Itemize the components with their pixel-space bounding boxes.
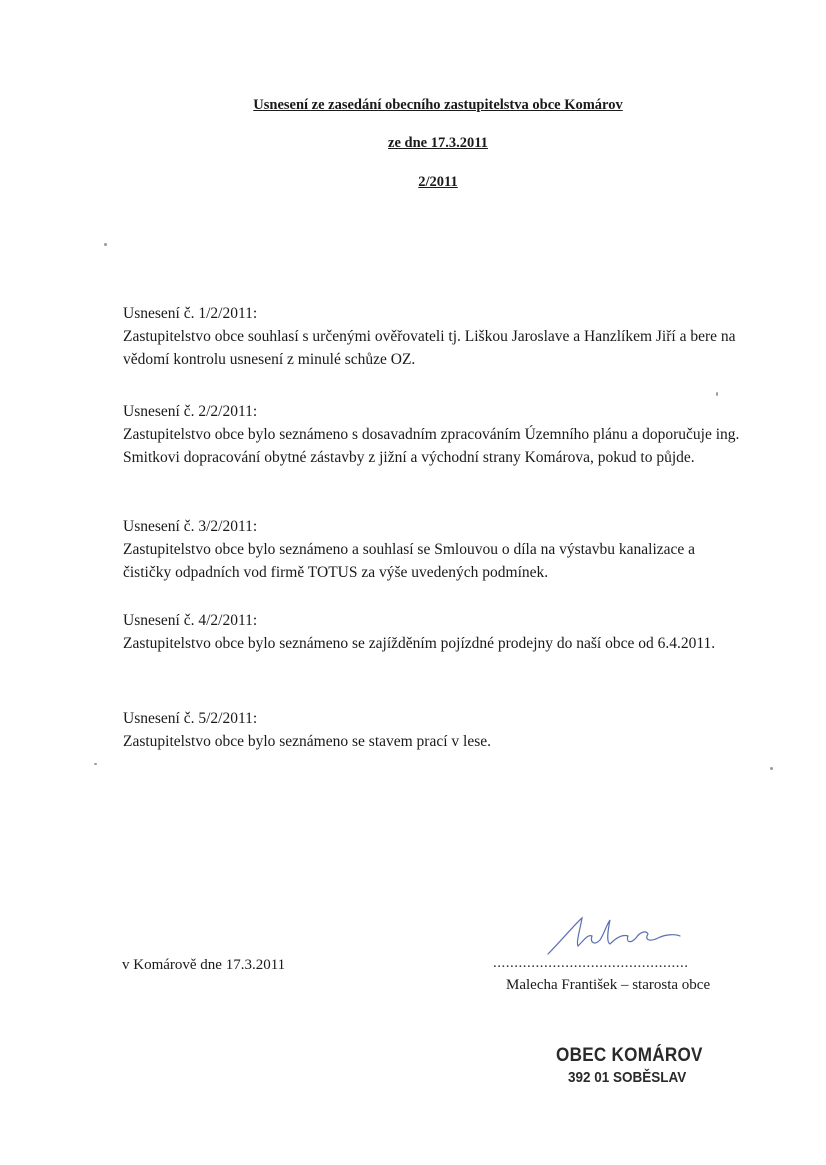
resolution-body: Zastupitelstvo obce souhlasí s určenými … [123, 325, 743, 371]
resolution-body: Zastupitelstvo obce bylo seznámeno se za… [123, 632, 743, 655]
resolution-heading: Usnesení č. 2/2/2011: [123, 400, 743, 423]
resolution-body: Zastupitelstvo obce bylo seznámeno s dos… [123, 423, 743, 469]
document-number: 2/2011 [25, 174, 826, 191]
place-and-date: v Komárově dne 17.3.2011 [122, 957, 285, 974]
scan-speck [104, 243, 107, 246]
stamp-name: OBEC KOMÁROV [556, 1045, 703, 1067]
resolution-body: Zastupitelstvo obce bylo seznámeno a sou… [123, 538, 743, 584]
resolution-heading: Usnesení č. 5/2/2011: [123, 707, 743, 730]
document-date: ze dne 17.3.2011 [25, 135, 826, 152]
resolution-item: Usnesení č. 3/2/2011: Zastupitelstvo obc… [123, 515, 743, 584]
resolution-heading: Usnesení č. 3/2/2011: [123, 515, 743, 538]
scan-speck [716, 392, 718, 396]
signature-line: ........................................… [493, 955, 689, 972]
scan-speck [770, 767, 773, 770]
resolution-body: Zastupitelstvo obce bylo seznámeno se st… [123, 730, 743, 753]
signatory-name: Malecha František – starosta obce [506, 977, 710, 994]
resolution-heading: Usnesení č. 4/2/2011: [123, 609, 743, 632]
resolution-item: Usnesení č. 5/2/2011: Zastupitelstvo obc… [123, 707, 743, 753]
handwritten-signature [540, 912, 690, 960]
stamp-address: 392 01 SOBĚSLAV [568, 1069, 686, 1086]
resolution-item: Usnesení č. 2/2/2011: Zastupitelstvo obc… [123, 400, 743, 469]
document-title: Usnesení ze zasedání obecního zastupitel… [25, 97, 826, 114]
resolution-item: Usnesení č. 4/2/2011: Zastupitelstvo obc… [123, 609, 743, 655]
resolution-item: Usnesení č. 1/2/2011: Zastupitelstvo obc… [123, 302, 743, 371]
resolution-heading: Usnesení č. 1/2/2011: [123, 302, 743, 325]
scan-speck [94, 763, 97, 765]
